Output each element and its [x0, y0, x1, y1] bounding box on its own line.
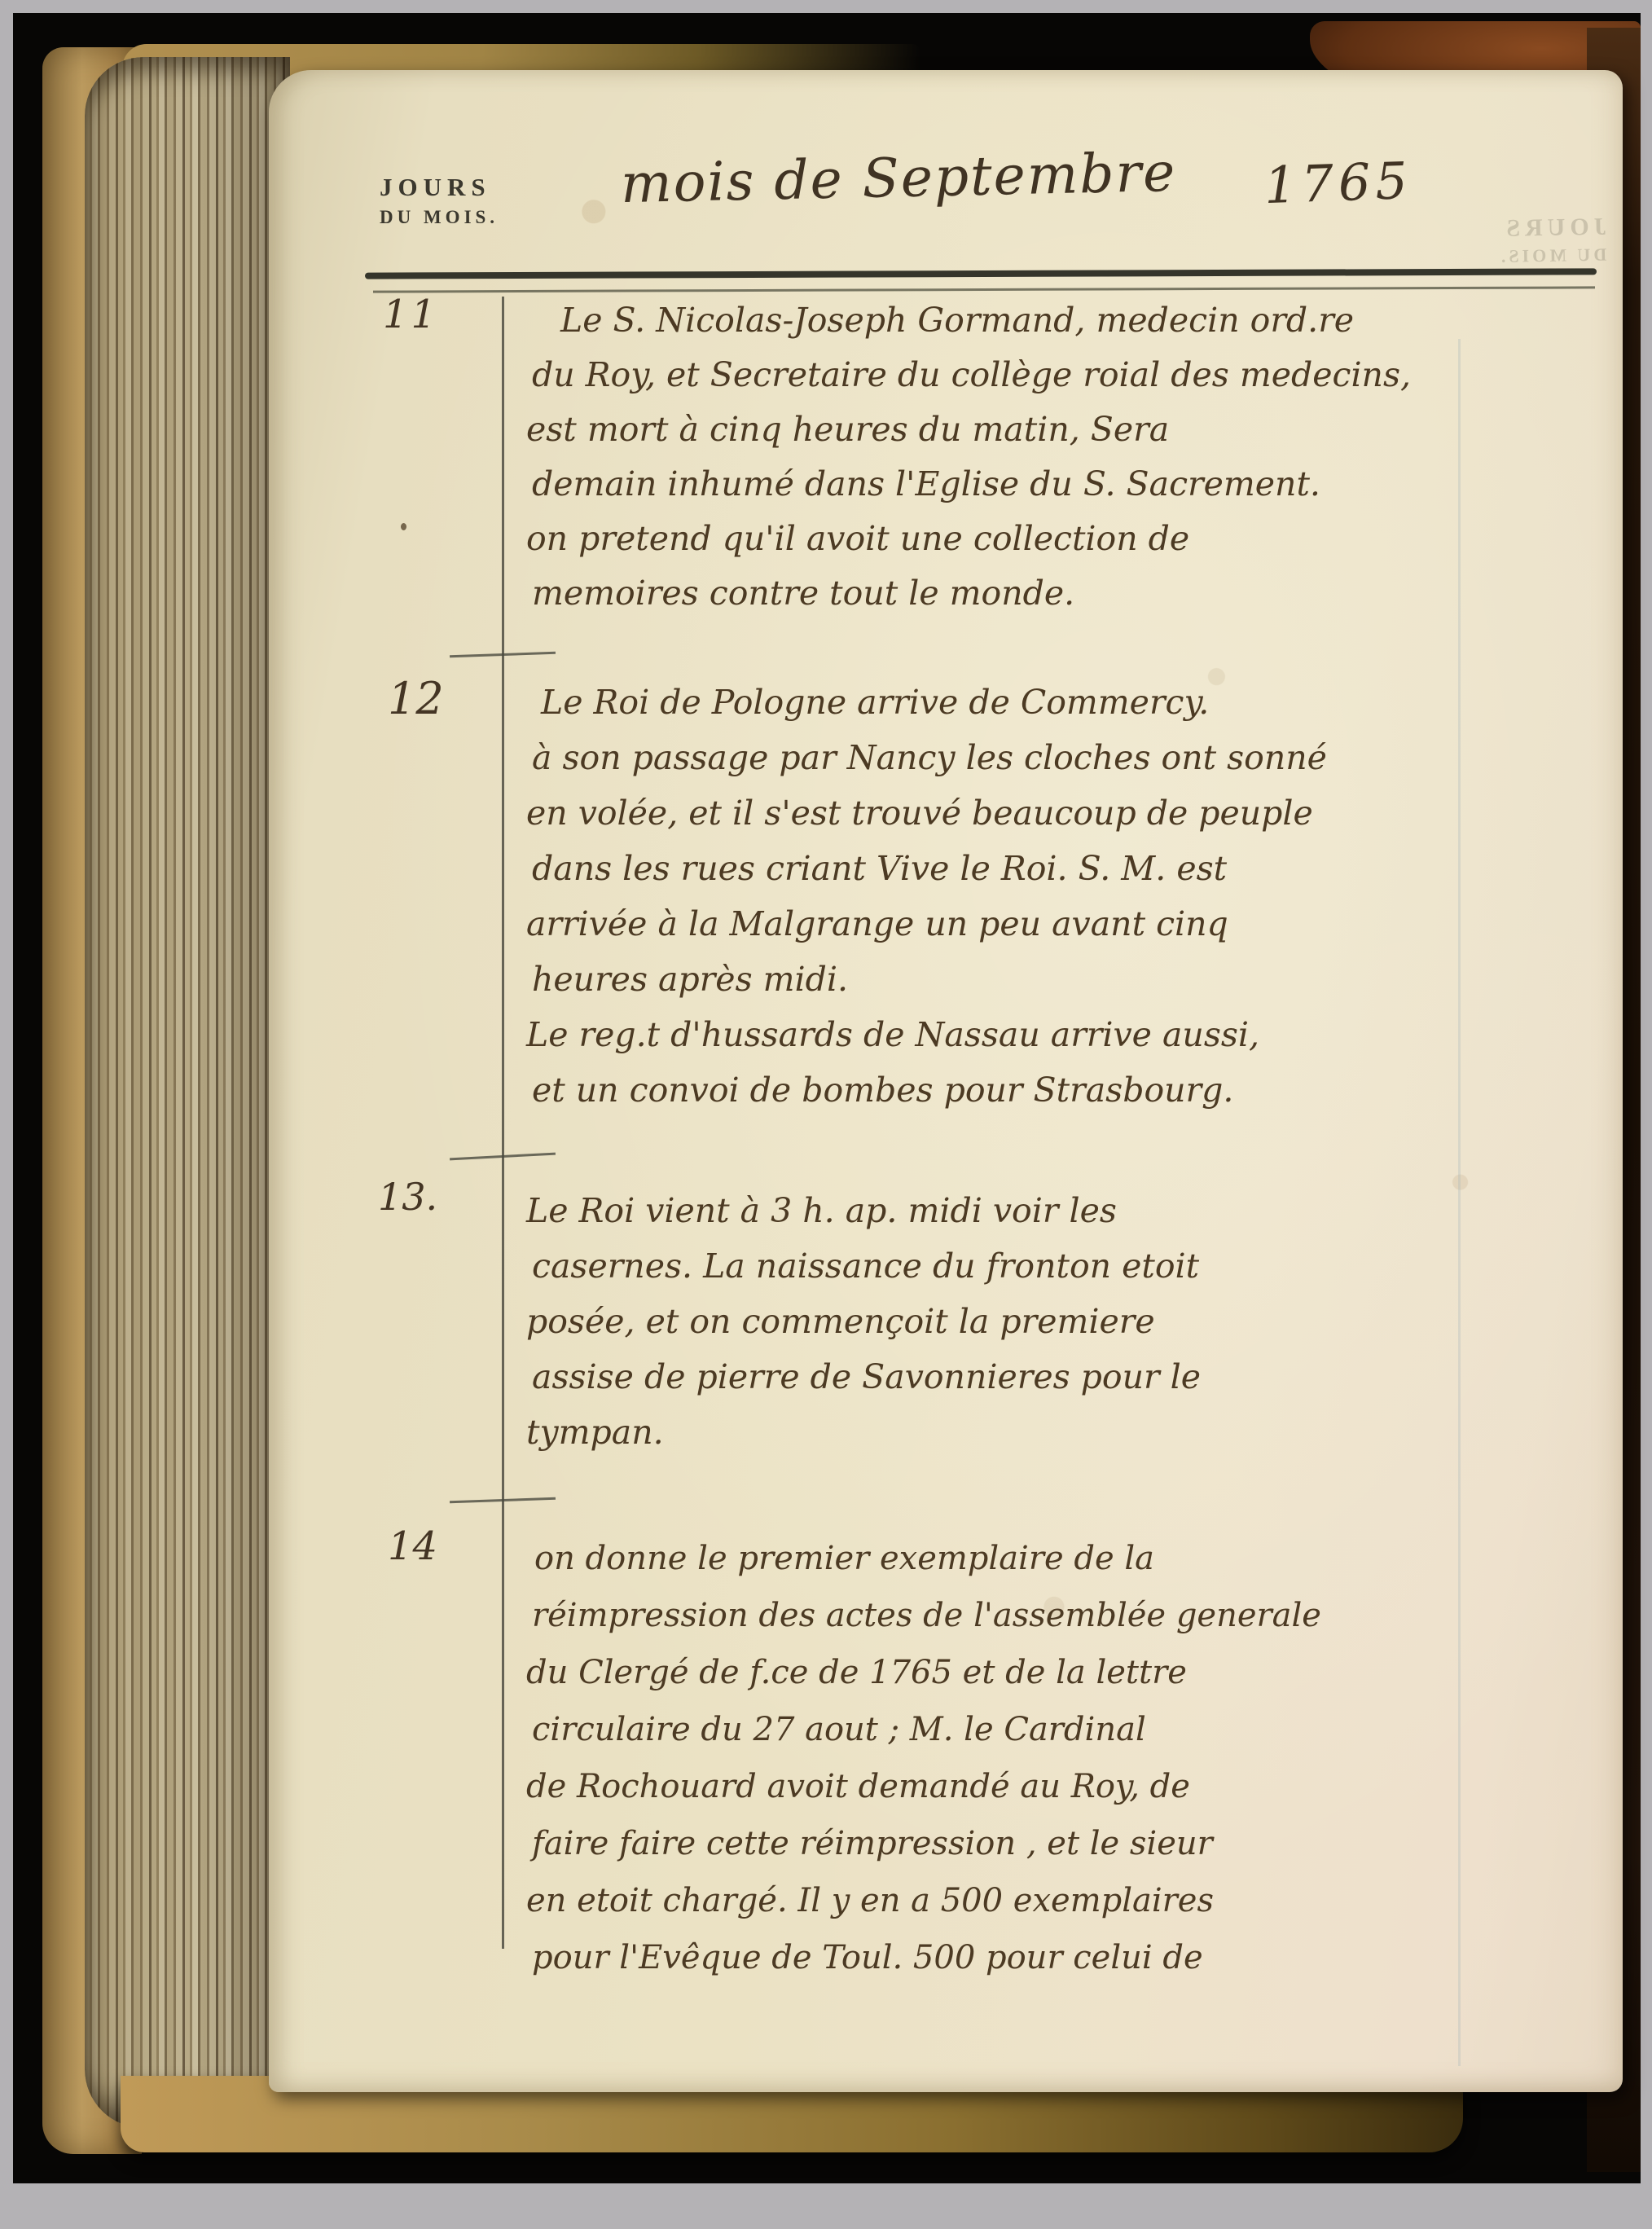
days-label-line1: JOURS — [380, 173, 499, 202]
header-rule-thin — [373, 286, 1595, 292]
entry-line: pour l'Evêque de Toul. 500 pour celui de — [532, 1929, 1615, 1986]
entry-line: en volée, et il s'est trouvé beaucoup de… — [526, 785, 1615, 841]
day-number: 12 — [388, 673, 444, 724]
ink-dot — [401, 523, 406, 530]
journal-entry-12: Le Roi de Pologne arrive de Commercy. à … — [526, 675, 1615, 1118]
entry-line: réimpression des actes de l'assemblée ge… — [532, 1587, 1615, 1644]
entry-line: heures après midi. — [532, 952, 1615, 1007]
entry-line: posée, et on commençoit la premiere — [526, 1294, 1615, 1349]
entry-line: memoires contre tout le monde. — [532, 566, 1615, 621]
scanned-manuscript-photo: JOURS DU MOIS. JOURS DU MOIS. mois de Se… — [0, 0, 1652, 2229]
entry-line: circulaire du 27 aout ; M. le Cardinal — [532, 1701, 1615, 1758]
entry-line: du Clergé de f.ce de 1765 et de la lettr… — [526, 1644, 1615, 1701]
entry-line: à son passage par Nancy les cloches ont … — [532, 730, 1615, 785]
page-stack-fore-edge — [85, 57, 290, 2128]
day-number: 14 — [388, 1523, 437, 1569]
entry-line: faire faire cette réimpression , et le s… — [532, 1815, 1615, 1872]
entry-line: tympan. — [526, 1405, 1615, 1460]
header-rule-thick — [365, 268, 1597, 279]
month-title: mois de Septembre — [620, 141, 1177, 215]
entry-line: casernes. La naissance du fronton etoit — [532, 1238, 1615, 1294]
entry-line: en etoit chargé. Il y en a 500 exemplair… — [526, 1872, 1615, 1929]
journal-page: JOURS DU MOIS. JOURS DU MOIS. mois de Se… — [269, 70, 1623, 2092]
entry-line: est mort à cinq heures du matin, Sera — [526, 402, 1615, 457]
printed-days-column-label: JOURS DU MOIS. — [380, 173, 499, 228]
day-number: 11 — [383, 292, 439, 337]
entry-line: arrivée à la Malgrange un peu avant cinq — [526, 896, 1615, 952]
year: 1765 — [1263, 151, 1413, 215]
journal-entry-14: on donne le premier exemplaire de la réi… — [526, 1530, 1615, 1986]
entry-line: assise de pierre de Savonnieres pour le — [532, 1349, 1615, 1405]
entry-line: Le Roi vient à 3 h. ap. midi voir les — [526, 1183, 1615, 1238]
journal-entry-13: Le Roi vient à 3 h. ap. midi voir les ca… — [526, 1183, 1615, 1460]
entry-line: de Rochouard avoit demandé au Roy, de — [526, 1758, 1615, 1815]
entry-line: demain inhumé dans l'Eglise du S. Sacrem… — [532, 457, 1615, 512]
entry-line: Le reg.t d'hussards de Nassau arrive aus… — [526, 1007, 1615, 1062]
day-column-rule — [502, 297, 504, 1949]
entry-line: et un convoi de bombes pour Strasbourg. — [532, 1062, 1615, 1118]
days-label-line2: DU MOIS. — [380, 207, 499, 228]
journal-entry-11: Le S. Nicolas-Joseph Gormand, medecin or… — [526, 293, 1615, 621]
entry-line: Le S. Nicolas-Joseph Gormand, medecin or… — [526, 293, 1615, 348]
entry-line: on pretend qu'il avoit une collection de — [526, 512, 1615, 566]
entry-line: dans les rues criant Vive le Roi. S. M. … — [532, 841, 1615, 896]
bleedthrough-days-label: JOURS DU MOIS. — [1386, 213, 1606, 270]
entry-line: on donne le premier exemplaire de la — [526, 1530, 1615, 1587]
entry-line: du Roy, et Secretaire du collège roial d… — [532, 348, 1615, 402]
entry-line: Le Roi de Pologne arrive de Commercy. — [526, 675, 1615, 730]
day-number: 13. — [378, 1175, 437, 1219]
